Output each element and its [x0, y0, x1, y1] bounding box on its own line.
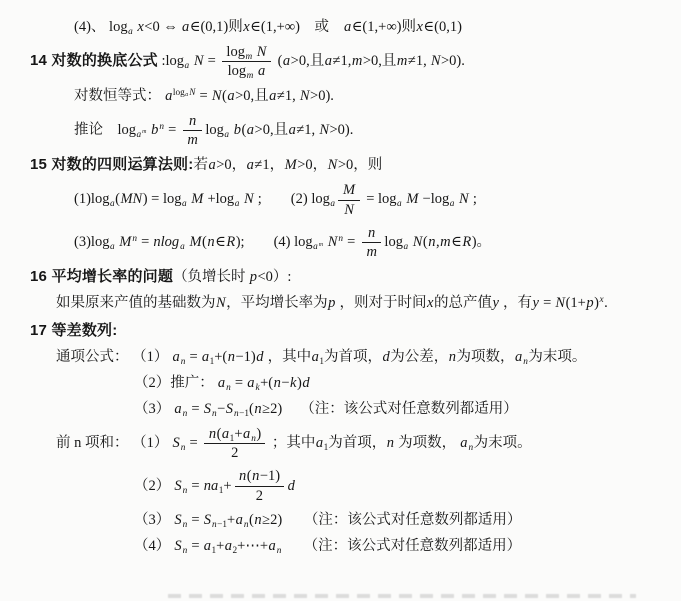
formula-line: 14 对数的换底公式 :loga N = logm Nlogm a (a>0,且…: [30, 44, 681, 79]
math-text: (4)、 loga x<0 ⇔ a∈(0,1)则x∈(1,+∞) 或 a∈(1,…: [74, 19, 462, 35]
item-heading: 15 对数的四则运算法则:: [30, 156, 193, 173]
fraction: n(n−1)2: [235, 468, 285, 503]
label-text: 推论: [74, 122, 118, 138]
item-heading: 14 对数的换底公式: [30, 52, 158, 69]
formula-line: （3） Sn = Sn−1+an(n≥2) （注：该公式对任意数列都适用）: [134, 511, 681, 530]
item-heading: 17 等差数列:: [30, 322, 117, 339]
formula-lines-container: (4)、 loga x<0 ⇔ a∈(0,1)则x∈(1,+∞) 或 a∈(1,…: [0, 18, 681, 556]
math-text: 如果原来产值的基础数为N，平均增长率为p ，则对于时间x的总产值y ，有y = …: [56, 295, 608, 311]
formula-line: 对数恒等式： alogaN = N(a>0,且a≠1, N>0).: [74, 87, 681, 106]
formula-line: （2） Sn = na1+n(n−1)2d: [134, 468, 681, 503]
formula-line: 如果原来产值的基础数为N，平均增长率为p ，则对于时间x的总产值y ，有y = …: [56, 294, 681, 313]
fraction: n(a1+an)2: [204, 426, 265, 461]
formula-line: 通项公式： （1） an = a1+(n−1)d ，其中a1为首项，d为公差，n…: [56, 348, 681, 367]
label-text: 前 n 项和：: [56, 435, 132, 451]
fraction: logm Nlogm a: [222, 44, 271, 79]
math-text: logam bn = nmloga b(a>0,且a≠1, N>0).: [118, 122, 354, 138]
label-text: 对数恒等式：: [74, 88, 165, 104]
formula-line: （3） an = Sn−Sn−1(n≥2) （注：该公式对任意数列都适用）: [134, 400, 681, 419]
math-text: 若a>0，a≠1，M>0，N>0，则: [193, 157, 382, 173]
formula-sheet: (4)、 loga x<0 ⇔ a∈(0,1)则x∈(1,+∞) 或 a∈(1,…: [0, 0, 681, 601]
math-text: （2） Sn = na1+n(n−1)2d: [134, 478, 295, 494]
math-text: （1） Sn = n(a1+an)2 ；其中a1为首项，n 为项数， an为末项…: [132, 435, 532, 451]
formula-line: 17 等差数列:: [30, 321, 681, 341]
formula-line: （4） Sn = a1+a2+⋯+an （注：该公式对任意数列都适用）: [134, 537, 681, 556]
formula-line: 16 平均增长率的问题（负增长时 p<0）:: [30, 267, 681, 287]
math-text: (1)loga(MN) = loga M +loga N ; (2) logaM…: [74, 191, 477, 207]
fraction: MN: [338, 182, 359, 217]
math-text: （3） Sn = Sn−1+an(n≥2) （注：该公式对任意数列都适用）: [134, 512, 521, 528]
math-text: alogaN = N(a>0,且a≠1, N>0).: [165, 88, 334, 104]
math-text: :loga N = logm Nlogm a (a>0,且a≠1,m>0,且m≠…: [158, 53, 465, 69]
formula-line: 15 对数的四则运算法则:若a>0，a≠1，M>0，N>0，则: [30, 155, 681, 175]
math-text: （3） an = Sn−Sn−1(n≥2) （注：该公式对任意数列都适用）: [134, 401, 518, 417]
formula-line: （2）推广： an = ak+(n−k)d: [134, 374, 681, 393]
formula-line: (4)、 loga x<0 ⇔ a∈(0,1)则x∈(1,+∞) 或 a∈(1,…: [74, 18, 681, 37]
formula-line: 前 n 项和： （1） Sn = n(a1+an)2 ；其中a1为首项，n 为项…: [56, 426, 681, 461]
label-text: 通项公式：: [56, 349, 132, 365]
math-text: (3)loga Mn = nloga M(n∈R); (4) logam Nn …: [74, 234, 491, 250]
math-text: （4） Sn = a1+a2+⋯+an （注：该公式对任意数列都适用）: [134, 538, 521, 554]
item-heading: 16 平均增长率的问题: [30, 268, 173, 285]
math-text: （2）推广： an = ak+(n−k)d: [134, 375, 310, 391]
math-text: （负增长时 p<0）:: [173, 269, 291, 285]
fraction: nm: [183, 113, 202, 148]
formula-line: (1)loga(MN) = loga M +loga N ; (2) logaM…: [74, 182, 681, 217]
formula-line: 推论 logam bn = nmloga b(a>0,且a≠1, N>0).: [74, 113, 681, 148]
math-text: （1） an = a1+(n−1)d ，其中a1为首项，d为公差，n为项数，an…: [132, 349, 586, 365]
formula-line: (3)loga Mn = nloga M(n∈R); (4) logam Nn …: [74, 225, 681, 260]
cutoff-text-artifact: [168, 594, 636, 598]
fraction: nm: [362, 225, 381, 260]
